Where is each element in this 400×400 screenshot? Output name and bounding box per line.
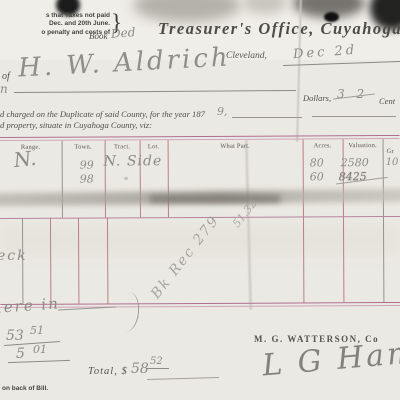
table-vline — [107, 217, 108, 303]
amount1-cents: 51 — [30, 324, 44, 337]
amount2-dollars: 5 — [16, 346, 25, 362]
stub-note-line1: s that Taxes not paid — [0, 12, 110, 20]
col-header-acres: Acres. — [303, 142, 343, 149]
col-header-gross: Gr — [387, 148, 400, 155]
place-label: Cleveland, — [226, 51, 267, 61]
fold-smudge-dark — [150, 195, 280, 203]
table-vline — [383, 139, 385, 302]
stub-note-line2: Dec. and 20th June. — [0, 20, 110, 28]
office-title: Treasurer's Office, Cuyahoga C — [158, 19, 400, 39]
flourish-mark: n — [0, 82, 8, 96]
col-header-town: Town. — [62, 143, 105, 150]
table-vline — [303, 139, 305, 302]
total-cents: 52 — [150, 356, 163, 367]
cell-lot-row2: 98 — [80, 173, 94, 186]
margin-note-1: heck — [0, 248, 28, 264]
table-vline — [168, 140, 169, 217]
table-vline — [78, 218, 79, 304]
property-line: d property, situate in Cuyahoga County, … — [0, 120, 152, 130]
charged-rule-1 — [232, 117, 302, 118]
total-cents-underline — [147, 368, 169, 369]
table-vline — [105, 140, 106, 217]
total-underline — [147, 377, 219, 380]
charged-line: d charged on the Duplicate of said Count… — [0, 109, 205, 119]
col-header-tract: Tract. — [105, 143, 140, 150]
total-label: Total, $ — [88, 366, 128, 377]
table-mid-line — [0, 216, 400, 219]
dollars-label: Dollars, — [303, 93, 331, 103]
cell-range-row1: N. — [12, 146, 37, 172]
cell-whatpart-row2-ditto: " — [124, 176, 129, 187]
amount2-cents: 01 — [33, 343, 47, 356]
cell-whatpart-row1: N. Side — [104, 153, 163, 169]
col-header-lot: Lot. — [140, 143, 168, 150]
cell-lot-row1: 99 — [80, 159, 94, 172]
back-note: on back of Bill. — [2, 385, 48, 392]
tax-table: Range. Town. Tract. Lot. What Part. Acre… — [0, 135, 400, 311]
name-rule-line — [14, 90, 296, 93]
table-vline — [50, 218, 51, 304]
cents-label: Cent — [379, 96, 395, 106]
cell-acres-row2: 60 — [310, 170, 324, 183]
payer-of-label: of — [2, 71, 10, 82]
book-label: Book — [89, 31, 108, 41]
col-header-valuation: Valuation. — [343, 142, 383, 149]
amount1-dollars: 53 — [6, 328, 24, 344]
year-value: 9, — [217, 105, 228, 118]
charged-rule-2 — [312, 116, 396, 117]
col-header-what-part: What Part. — [168, 142, 303, 150]
margin-note-2: there in — [0, 294, 60, 317]
book-value: Ded — [111, 25, 136, 41]
table-top-line-2 — [0, 138, 400, 141]
cell-valuation-row1: 2580 — [341, 156, 369, 169]
table-vline — [62, 141, 63, 218]
table-bottom-line-2 — [0, 305, 400, 308]
total-dollars: 58 — [131, 361, 149, 377]
cell-acres-row1: 80 — [310, 156, 324, 169]
table-vline — [140, 140, 141, 217]
scanned-tax-receipt: { "colors": { "paper": "#ebe9e3", "table… — [0, 0, 400, 400]
cell-gross-row1: 10 — [386, 157, 399, 168]
